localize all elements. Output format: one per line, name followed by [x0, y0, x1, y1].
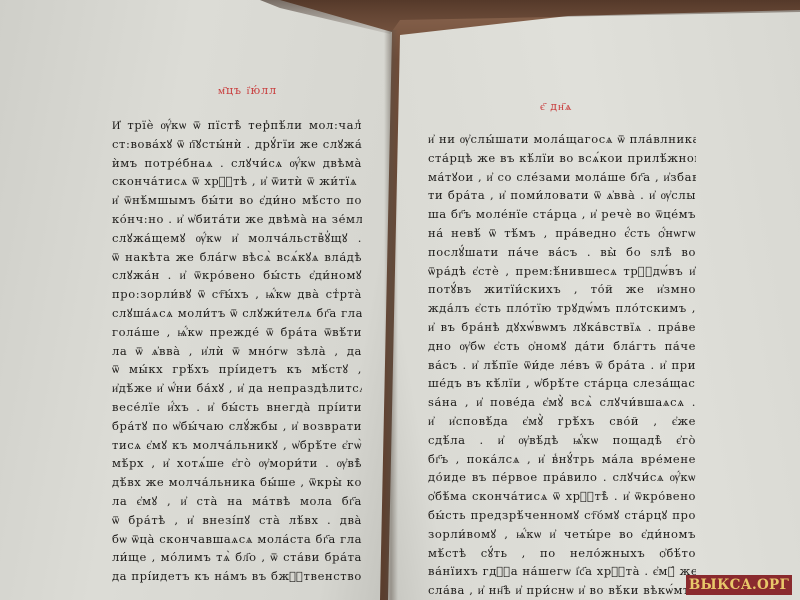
text-line: ст:вова́хꙋ ѿ п҇ꙋсты́нѝ . дрꙋ́гїи же слꙋж… [112, 135, 362, 154]
text-line: ѕа́на , и҆ пове́да є҆мꙋ̀ всѧ̀ слꙋчи́вшаѧ… [428, 393, 696, 412]
text-line: про:зорли́вꙋ ѿ ст҇ы́хъ , ѩ҆́кѡ два̀ ст̾р… [112, 285, 362, 304]
text-line: ста́рцѣ же въ кѣ́лїи во всѧ́кои прилѣ́жн… [428, 149, 696, 168]
text-line: дѣ́вх же молча́льника бы́ше , ѿкры̀ ко [112, 473, 362, 492]
left-running-head: м҃цъ і҆ю́лл [218, 84, 277, 97]
text-line: слꙋша́ѧсѧ моли́тъ ѿ слꙋжи́телѧ бг҃а гла [112, 304, 362, 323]
text-line: до́иде въ пе́рвое пра́вило . слꙋчи́сѧ ѹ҆… [428, 468, 696, 487]
text-line: послꙋ́шати па́че ва́съ . вы̀ бо ѕлѣ̀ во [428, 243, 696, 262]
text-line: сконча́тисѧ ѿ хрⷭ҇тѣ , и҆ ѿитѝ ѿ жи́тїѧ … [112, 172, 362, 191]
text-line: и҆ ни ѹ҆слы́шати мола́щагосѧ ѿ пла́влник… [428, 130, 696, 149]
text-line: ше́дъ въ кѣ́лїи , ѡ҆брѣ́те ста́рца слеза… [428, 374, 696, 393]
text-line: ла ѿ ѧ҆вва̀ , и҆лѝ ѿ мно́гѡ зѣла̀ , да [112, 342, 362, 361]
text-line: жда́лъ є҆сть пло́тїю трꙋдѡ́мъ пло́тскимъ… [428, 299, 696, 318]
text-line: ма́тꙋои , и҆ со сле́зами мола́ше бг҃а , … [428, 168, 696, 187]
left-text-column: И҆ трїѐ ѹ҆́кѡ ѿ пїстѣ̀ тер̾пѣ́ли мол:чал… [112, 116, 362, 586]
text-line: дно ѹ҆бѡ є҆сть ѻ҆номꙋ да́ти бла́гть па́ч… [428, 337, 696, 356]
text-line: слꙋжа́н . и҆ ѿкро́вено бы́сть є҆ди́номꙋ [112, 266, 362, 285]
text-line: ѝмъ потре́бнаѧ . слꙋчи́сѧ ѹ҆́кѡ двѣма̀ [112, 154, 362, 173]
text-line: весе́лїе и҆́хъ . и҆ бы́сть внегда̀ прі́и… [112, 398, 362, 417]
text-line: мѣ́стѣ сꙋ́ть , по нело́жныхъ ѻ҆бѣ́то [428, 544, 696, 563]
text-line: ли́ще , мо́лимъ тѧ̀ бл҃о , ѿ ста́ви бра́… [112, 548, 362, 567]
text-line: гола́ше , ѩ҆́кѡ прежде́ ѿ бра́та ѿвѣ́ти [112, 323, 362, 342]
text-line: ти бра́та , и҆ поми́ловати ѿ ѧ҆вва̀ . и҆… [428, 186, 696, 205]
text-line: сдѣ́ла . и҆ ѹ҆вѣ́дѣ ѩ҆́кѡ пощадѣ̀ є҆го̀ [428, 431, 696, 450]
text-line: и҆ ѿнѣ́мшымъ бы́ти во є҆ди́но мѣ́сто по [112, 191, 362, 210]
text-line: ко́нч:но . и҆ ѡ҆бита́ти же двѣма̀ на зе́… [112, 210, 362, 229]
book-gutter [384, 30, 398, 600]
text-line: ла є҆мꙋ , и҆ ста̀ на ма́твѣ мола бг҃а [112, 492, 362, 511]
text-line: и҆ въ бра́нѣ дꙋхѡ́вѡмъ лꙋка́вствїѧ . пра… [428, 318, 696, 337]
text-line: потꙋ́въ житїи́скихъ , то́й же и҆змно [428, 280, 696, 299]
text-line: мѣ́рх , и҆ хотѧ́ше є҆го̀ ѹ҆мори́ти . ѹ҆в… [112, 454, 362, 473]
text-line: бг҃ъ , пока́лсѧ , и҆ в̾нꙋ́трь ма́ла вре́… [428, 450, 696, 469]
text-line: И҆ трїѐ ѹ҆́кѡ ѿ пїстѣ̀ тер̾пѣ́ли мол:чал… [112, 116, 362, 135]
text-line: бы́сть предзрѣ́ченномꙋ ст҇о́мꙋ ста́рцꙋ п… [428, 506, 696, 525]
text-line: тисѧ є҆мꙋ къ молча́льникꙋ , ѡ҆брѣ́те є҆г… [112, 436, 362, 455]
text-line: да прі́идетъ къ на́мъ въ бжⷭ҇твенство ст… [112, 567, 362, 586]
text-line: сла́ва , и҆ нн҃ѣ и҆ при́снѡ и҆ во вѣ́ки … [428, 581, 696, 600]
text-line: на́ невѣ́ ѿ тѣ́мъ , пра́ведно є҆́сть ѻ҆́… [428, 224, 696, 243]
text-line: ва́съ . и҆ лѣ́пїе ѿи́де ле́въ ѿ бра́та .… [428, 356, 696, 375]
text-line: бра́тꙋ по ѡ҆бы́чаю слꙋ́жбы , и҆ возврати [112, 417, 362, 436]
text-line: и҆ и҆сповѣ́да є҆мꙋ̀ грѣ́хъ сво́й , є҆же [428, 412, 696, 431]
text-line: ѿ бра́тѣ , и҆ внезі́пꙋ ста̀ лѣ́вх . два̀ [112, 511, 362, 530]
site-watermark: ВЫКСА.ОРГ [686, 575, 792, 595]
text-line: ѿ мы́кх грѣ́хъ прі́идетъ къ мѣ́стꙋ , [112, 360, 362, 379]
text-line: слꙋжа́щемꙋ ѹ҆́кѡ и҆ молча́льств꙽ꙋ҆щꙋ . [112, 229, 362, 248]
text-line: бѡ ѿца̀ скончавшаѧсѧ мола́ста бг҃а глаго [112, 530, 362, 549]
text-line: и҆дѣ́же и҆ ѡ҆́ни ба́хꙋ , и҆ да непраздѣл… [112, 379, 362, 398]
text-line: ша бг҃ъ моле́нїе ста́рца , и҆ речѐ во ѿц… [428, 205, 696, 224]
text-line: ѿ накѣта же бла́гѡ вѣсѧ̀ всѧ́кꙋѧ вла́дѣ [112, 248, 362, 267]
text-line: ва́нїихъ гдⷭ҇а на́шегѡ і҆с҃а хрⷭ҇та̀ . є… [428, 562, 696, 581]
right-running-head: є҃ дн҃ѧ [540, 100, 572, 113]
text-line: ѿра́дѣ є҆стѐ , прем:ѣ́нившесѧ тр꙽ꙋдѡ́въ … [428, 262, 696, 281]
text-line: зорли́вомꙋ , ѩ҆́кѡ и҆ четы́ре во є҆ди́но… [428, 525, 696, 544]
right-text-column: и҆ ни ѹ҆слы́шати мола́щагосѧ ѿ пла́влник… [428, 130, 696, 600]
text-line: ѻ҆бѣ́ма сконча́тисѧ ѿ хрⷭ҇тѣ̀ . и҆ ѿкро́… [428, 487, 696, 506]
